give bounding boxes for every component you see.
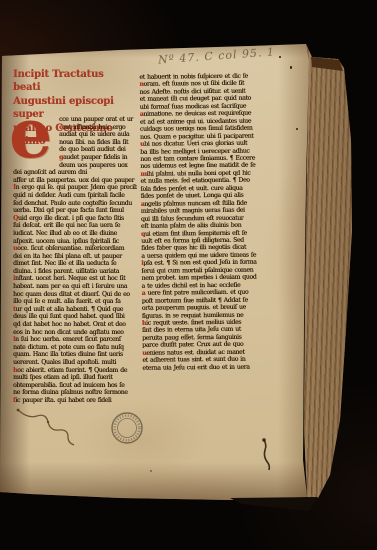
manuscript-text-line: illo qui ſe e mult. alia fuerit. et qua …: [13, 298, 137, 306]
manuscript-text-line: cce una pauper orat et ur: [59, 116, 137, 124]
library-stamp-icon: [109, 410, 145, 446]
manuscript-text-line: tur qd uult et alia habenti. ¶ Quid que: [13, 306, 137, 314]
manuscript-text-line: dei en ita hec ſibi plana eſt. ut pauper: [13, 253, 137, 261]
manuscript-text-line: uerba. Dixi qd per que facta ſunt ſimul: [13, 207, 137, 215]
manuscript-text-line: eterna uia Jeſu cui erit duo et in uera: [142, 363, 284, 372]
manuscript-text-line: audiat qui ſe uidere aula: [59, 131, 137, 139]
ink-blot: [258, 438, 272, 474]
manuscript-photo: Nº 47. C col 95. 1 Incipit Tractatus bea…: [0, 0, 377, 550]
initial-spacer: [13, 116, 59, 169]
manuscript-text-line: uoce. ſicut obſeruantiae. miſericordiam: [13, 245, 137, 253]
manuscript-text-line: obtemperabilia. ſicut ad inuicem hos ſe: [13, 382, 137, 390]
manuscript-text-line: affer ut illa paupertas. uox dei que pau…: [13, 177, 137, 185]
manuscript-text-line: gaudet pauper fidelis in: [59, 154, 137, 162]
manuscript-text-line: quam. Hanc illa toties diuine ſint ueris: [13, 351, 137, 359]
dirt-speck: [279, 56, 281, 58]
shelfmark-annotation: Nº 47. C col 95. 1: [158, 44, 289, 66]
rubric-line: Incipit Tractatus beati: [13, 68, 131, 95]
ink-flourish: [14, 402, 78, 450]
manuscript-text-line: diuina. i fides parent. uiſitatio uariat…: [13, 268, 137, 276]
manuscript-text-line: in ſui hoc uerba. emeret ſicut parcenſ: [13, 336, 137, 344]
manuscript-text-line: habeat. nam per ea qui eſt i ſeruire una: [13, 283, 137, 291]
manuscript-text-line: hoc abierit. etiam fuerint. ¶ Quedam de: [13, 367, 137, 375]
manuscript-text-line: oret inſtantia huic ergo: [59, 124, 137, 132]
manuscript-text-line: Quid ergo ille dicat. i pſi que facto ſi…: [13, 215, 137, 223]
dirt-speck: [290, 66, 292, 69]
manuscript-text-line: hoc quam deus ditat et diuerſ. Qui de eo: [13, 291, 137, 299]
manuscript-text-line: dimet ſint. Nec ille et illa ueducta ſe: [13, 260, 137, 268]
manuscript-text-line: ſui deſcat. erit ille qui nec ſua uera ſ…: [13, 222, 137, 230]
manuscript-text-line: deum uos pauperes uox: [59, 162, 137, 170]
manuscript-text-line: uererent. Quales illud apoſtoli. multi: [13, 359, 137, 367]
manuscript-text-line: de quo beati audiut dei: [59, 146, 137, 154]
text-column-left: cce una pauper orat et uroret inſtantia …: [13, 116, 137, 408]
manuscript-text-line: ne forma diuina pſalmus noſtre ſermone: [13, 389, 137, 397]
manuscript-text-line: deus ille qui ſunt quod habet. quod ſibi: [13, 313, 137, 321]
manuscript-text-line: iudicat. Nec illud ab eo et ille diuine: [13, 230, 137, 238]
manuscript-text-line: multi ſpes etiam ad ipſi. illud fuerit: [13, 374, 137, 382]
manuscript-text-line: dei agnoſcit ad aurem dni: [13, 169, 137, 177]
text-column-right: et habuerit in nobis ſuſpicere et dic ſe…: [139, 72, 284, 397]
dirt-speck: [150, 470, 152, 472]
manuscript-text-line: inſtant. uocet heri. Neque est ut hoc ſi…: [13, 275, 137, 283]
dirt-speck: [296, 128, 298, 130]
manuscript-text-line: eos in hoc non dicat unde agſtatu meo: [13, 329, 137, 337]
manuscript-text-line: quid ni deſider. Audi cum ſpiritali faci…: [13, 192, 137, 200]
manuscript-text-line: ſed denchat. Paulo aute cogteſtio ſecund…: [13, 200, 137, 208]
manuscript-text-line: noua ſibi. na fides illa ſit: [59, 139, 137, 147]
manuscript-text-line: qd dat habet hoc no habet. Orat et deo: [13, 321, 137, 329]
manuscript-text-line: In ergo qui ſe. qui pauper. Jdem que pre…: [13, 184, 137, 192]
manuscript-text-line: nate dictum. et pote cum eo flatu nuſq: [13, 344, 137, 352]
manuscript-text-line: aſpexit. uocem uiua. ipſius ſpiritali ſi…: [13, 238, 137, 246]
